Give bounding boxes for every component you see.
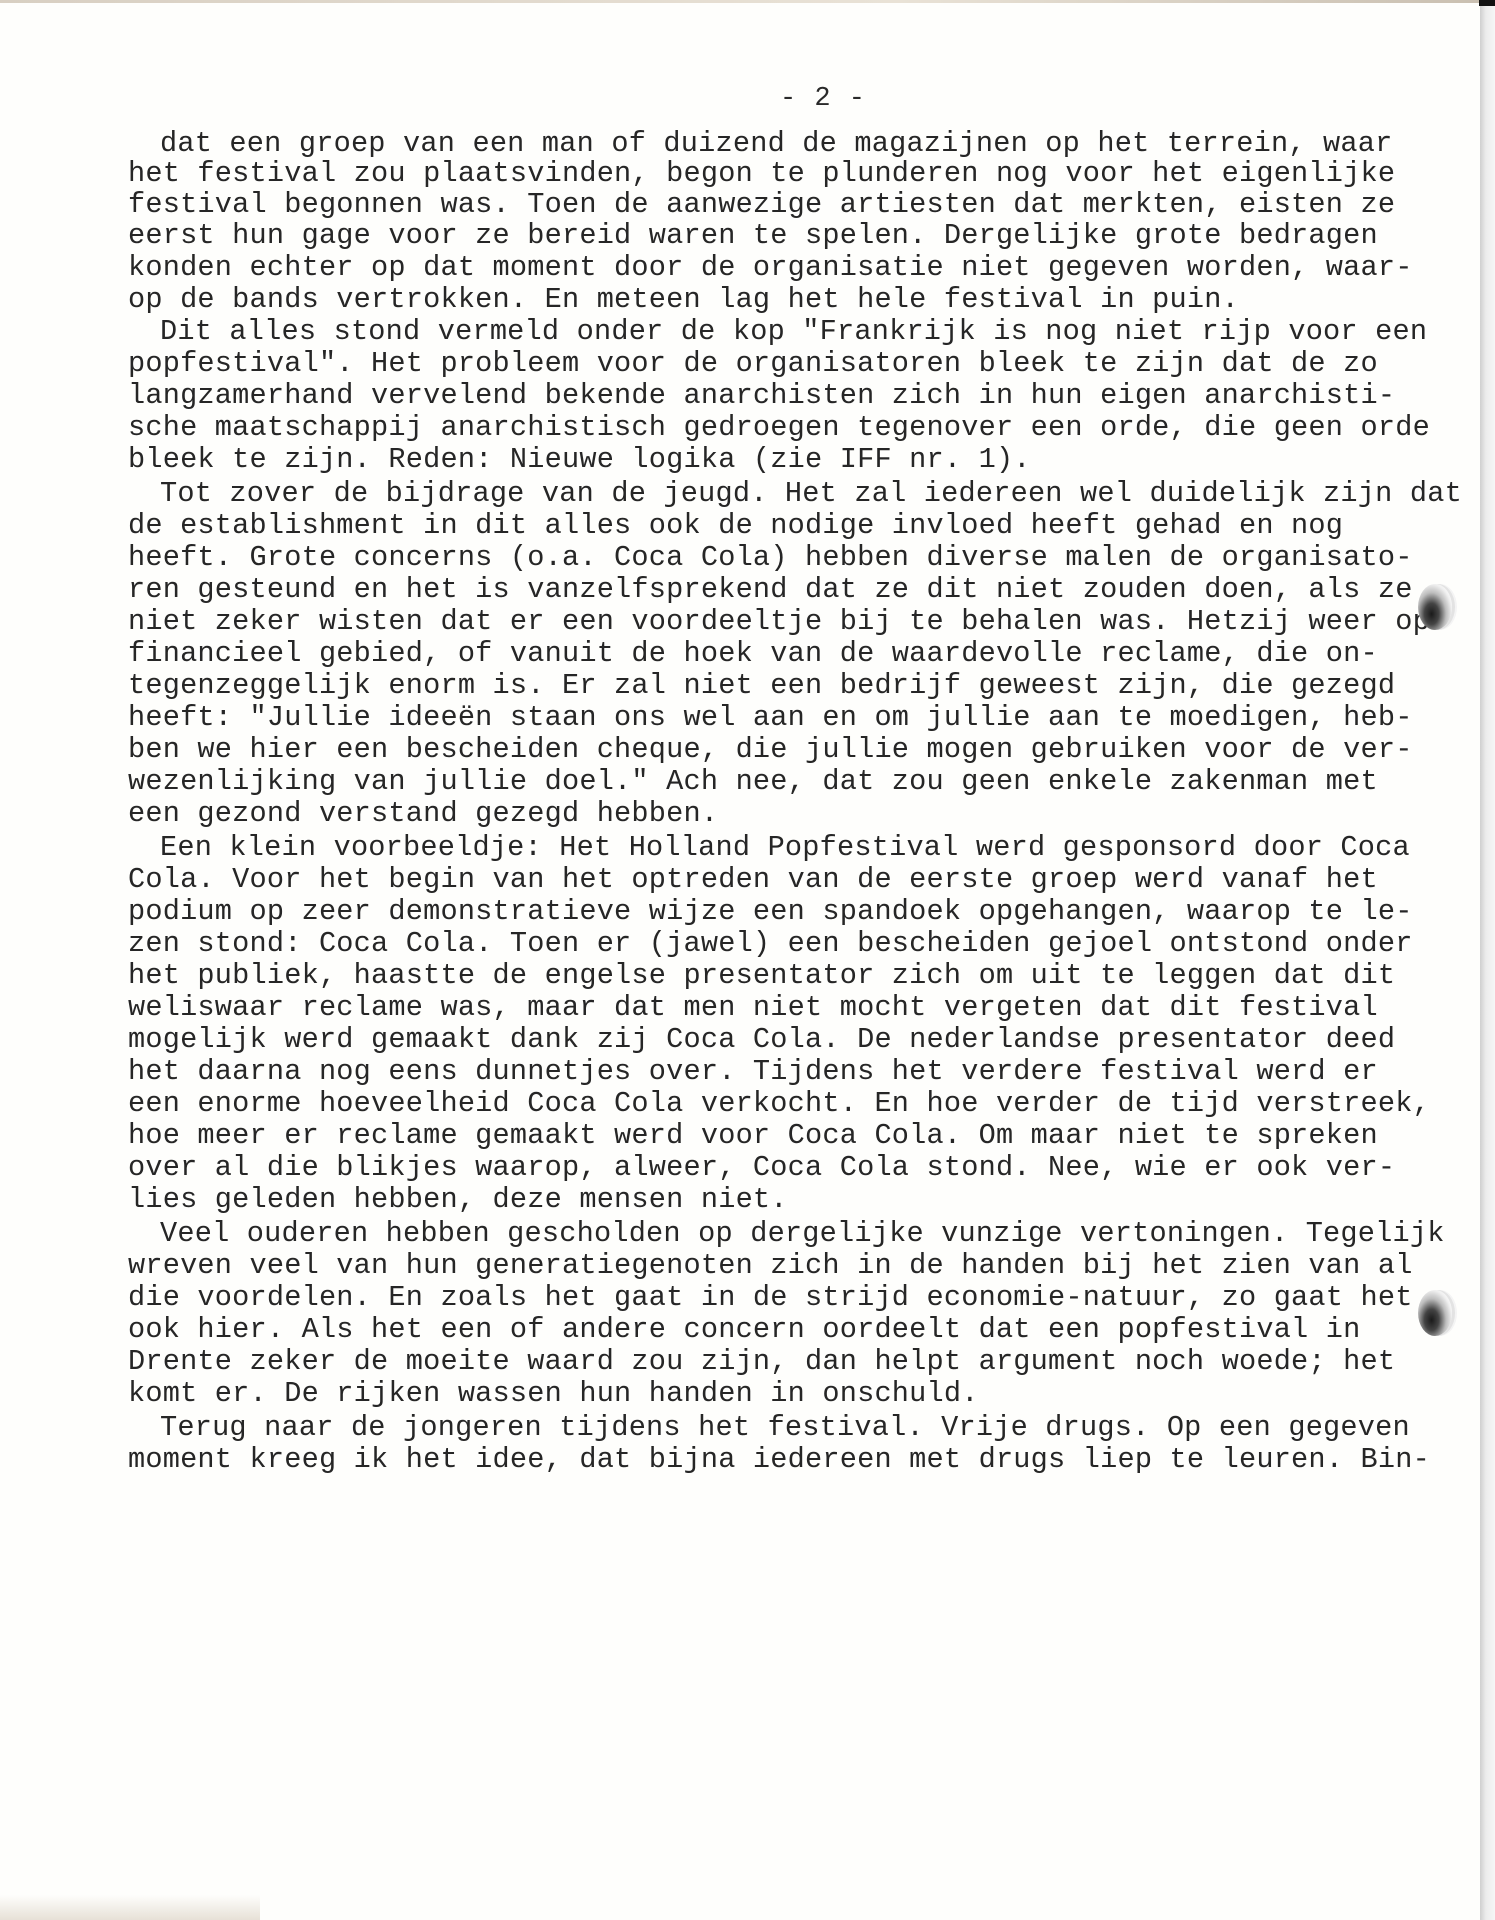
paper-top-edge xyxy=(0,0,1495,3)
text-line: het publiek, haastte de engelse presenta… xyxy=(128,960,1395,992)
text-line: die voordelen. En zoals het gaat in de s… xyxy=(128,1282,1413,1314)
text-line: zen stond: Coca Cola. Toen er (jawel) ee… xyxy=(128,928,1413,960)
scan-right-gutter xyxy=(1480,0,1495,1920)
text-line: het festival zou plaatsvinden, begon te … xyxy=(128,158,1395,190)
paragraph-first-line: Veel ouderen hebben gescholden op dergel… xyxy=(160,1218,1445,1250)
text-line: moment kreeg ik het idee, dat bijna iede… xyxy=(128,1444,1430,1476)
text-line: lies geleden hebben, deze mensen niet. xyxy=(128,1184,788,1216)
text-line: konden echter op dat moment door de orga… xyxy=(128,252,1413,284)
document-page: - 2 - dat een groep van een man of duize… xyxy=(0,0,1480,1920)
text-line: bleek te zijn. Reden: Nieuwe logika (zie… xyxy=(128,444,1031,476)
text-line: festival begonnen was. Toen de aanwezige… xyxy=(128,189,1395,221)
text-line: Drente zeker de moeite waard zou zijn, d… xyxy=(128,1346,1395,1378)
text-line: eerst hun gage voor ze bereid waren te s… xyxy=(128,220,1378,252)
page-number: - 2 - xyxy=(780,84,866,114)
text-line: een enorme hoeveelheid Coca Cola verkoch… xyxy=(128,1088,1430,1120)
punch-hole-icon xyxy=(1418,1290,1452,1336)
text-line: heeft: "Jullie ideeën staan ons wel aan … xyxy=(128,702,1413,734)
text-line: heeft. Grote concerns (o.a. Coca Cola) h… xyxy=(128,542,1413,574)
paragraph-first-line: Een klein voorbeeldje: Het Holland Popfe… xyxy=(160,832,1410,864)
text-line: Cola. Voor het begin van het optreden va… xyxy=(128,864,1378,896)
text-line: wreven veel van hun generatiegenoten zic… xyxy=(128,1250,1413,1282)
text-line: het daarna nog eens dunnetjes over. Tijd… xyxy=(128,1056,1378,1088)
text-line: popfestival". Het probleem voor de organ… xyxy=(128,348,1378,380)
text-line: ren gesteund en het is vanzelfsprekend d… xyxy=(128,574,1413,606)
text-line: komt er. De rijken wassen hun handen in … xyxy=(128,1378,979,1410)
paragraph-first-line: Dit alles stond vermeld onder de kop "Fr… xyxy=(160,316,1427,348)
text-line: tegenzeggelijk enorm is. Er zal niet een… xyxy=(128,670,1395,702)
paper-stain xyxy=(0,1895,260,1920)
text-line: sche maatschappij anarchistisch gedroege… xyxy=(128,412,1430,444)
text-line: een gezond verstand gezegd hebben. xyxy=(128,798,718,830)
text-line: ben we hier een bescheiden cheque, die j… xyxy=(128,734,1413,766)
text-line: op de bands vertrokken. En meteen lag he… xyxy=(128,284,1239,316)
scan-corner-mark xyxy=(1479,0,1495,6)
text-line: mogelijk werd gemaakt dank zij Coca Cola… xyxy=(128,1024,1395,1056)
text-line: financieel gebied, of vanuit de hoek van… xyxy=(128,638,1378,670)
text-line: ook hier. Als het een of andere concern … xyxy=(128,1314,1361,1346)
text-line: wezenlijking van jullie doel." Ach nee, … xyxy=(128,766,1378,798)
paragraph-first-line: Tot zover de bijdrage van de jeugd. Het … xyxy=(160,478,1462,510)
paragraph-first-line: Terug naar de jongeren tijdens het festi… xyxy=(160,1412,1410,1444)
paragraph-first-line: dat een groep van een man of duizend de … xyxy=(160,128,1393,160)
text-line: podium op zeer demonstratieve wijze een … xyxy=(128,896,1413,928)
text-line: de establishment in dit alles ook de nod… xyxy=(128,510,1343,542)
text-line: langzamerhand vervelend bekende anarchis… xyxy=(128,380,1395,412)
text-line: hoe meer er reclame gemaakt werd voor Co… xyxy=(128,1120,1378,1152)
text-line: weliswaar reclame was, maar dat men niet… xyxy=(128,992,1378,1024)
text-line: over al die blikjes waarop, alweer, Coca… xyxy=(128,1152,1395,1184)
punch-hole-icon xyxy=(1418,584,1452,630)
text-line: niet zeker wisten dat er een voordeeltje… xyxy=(128,606,1430,638)
